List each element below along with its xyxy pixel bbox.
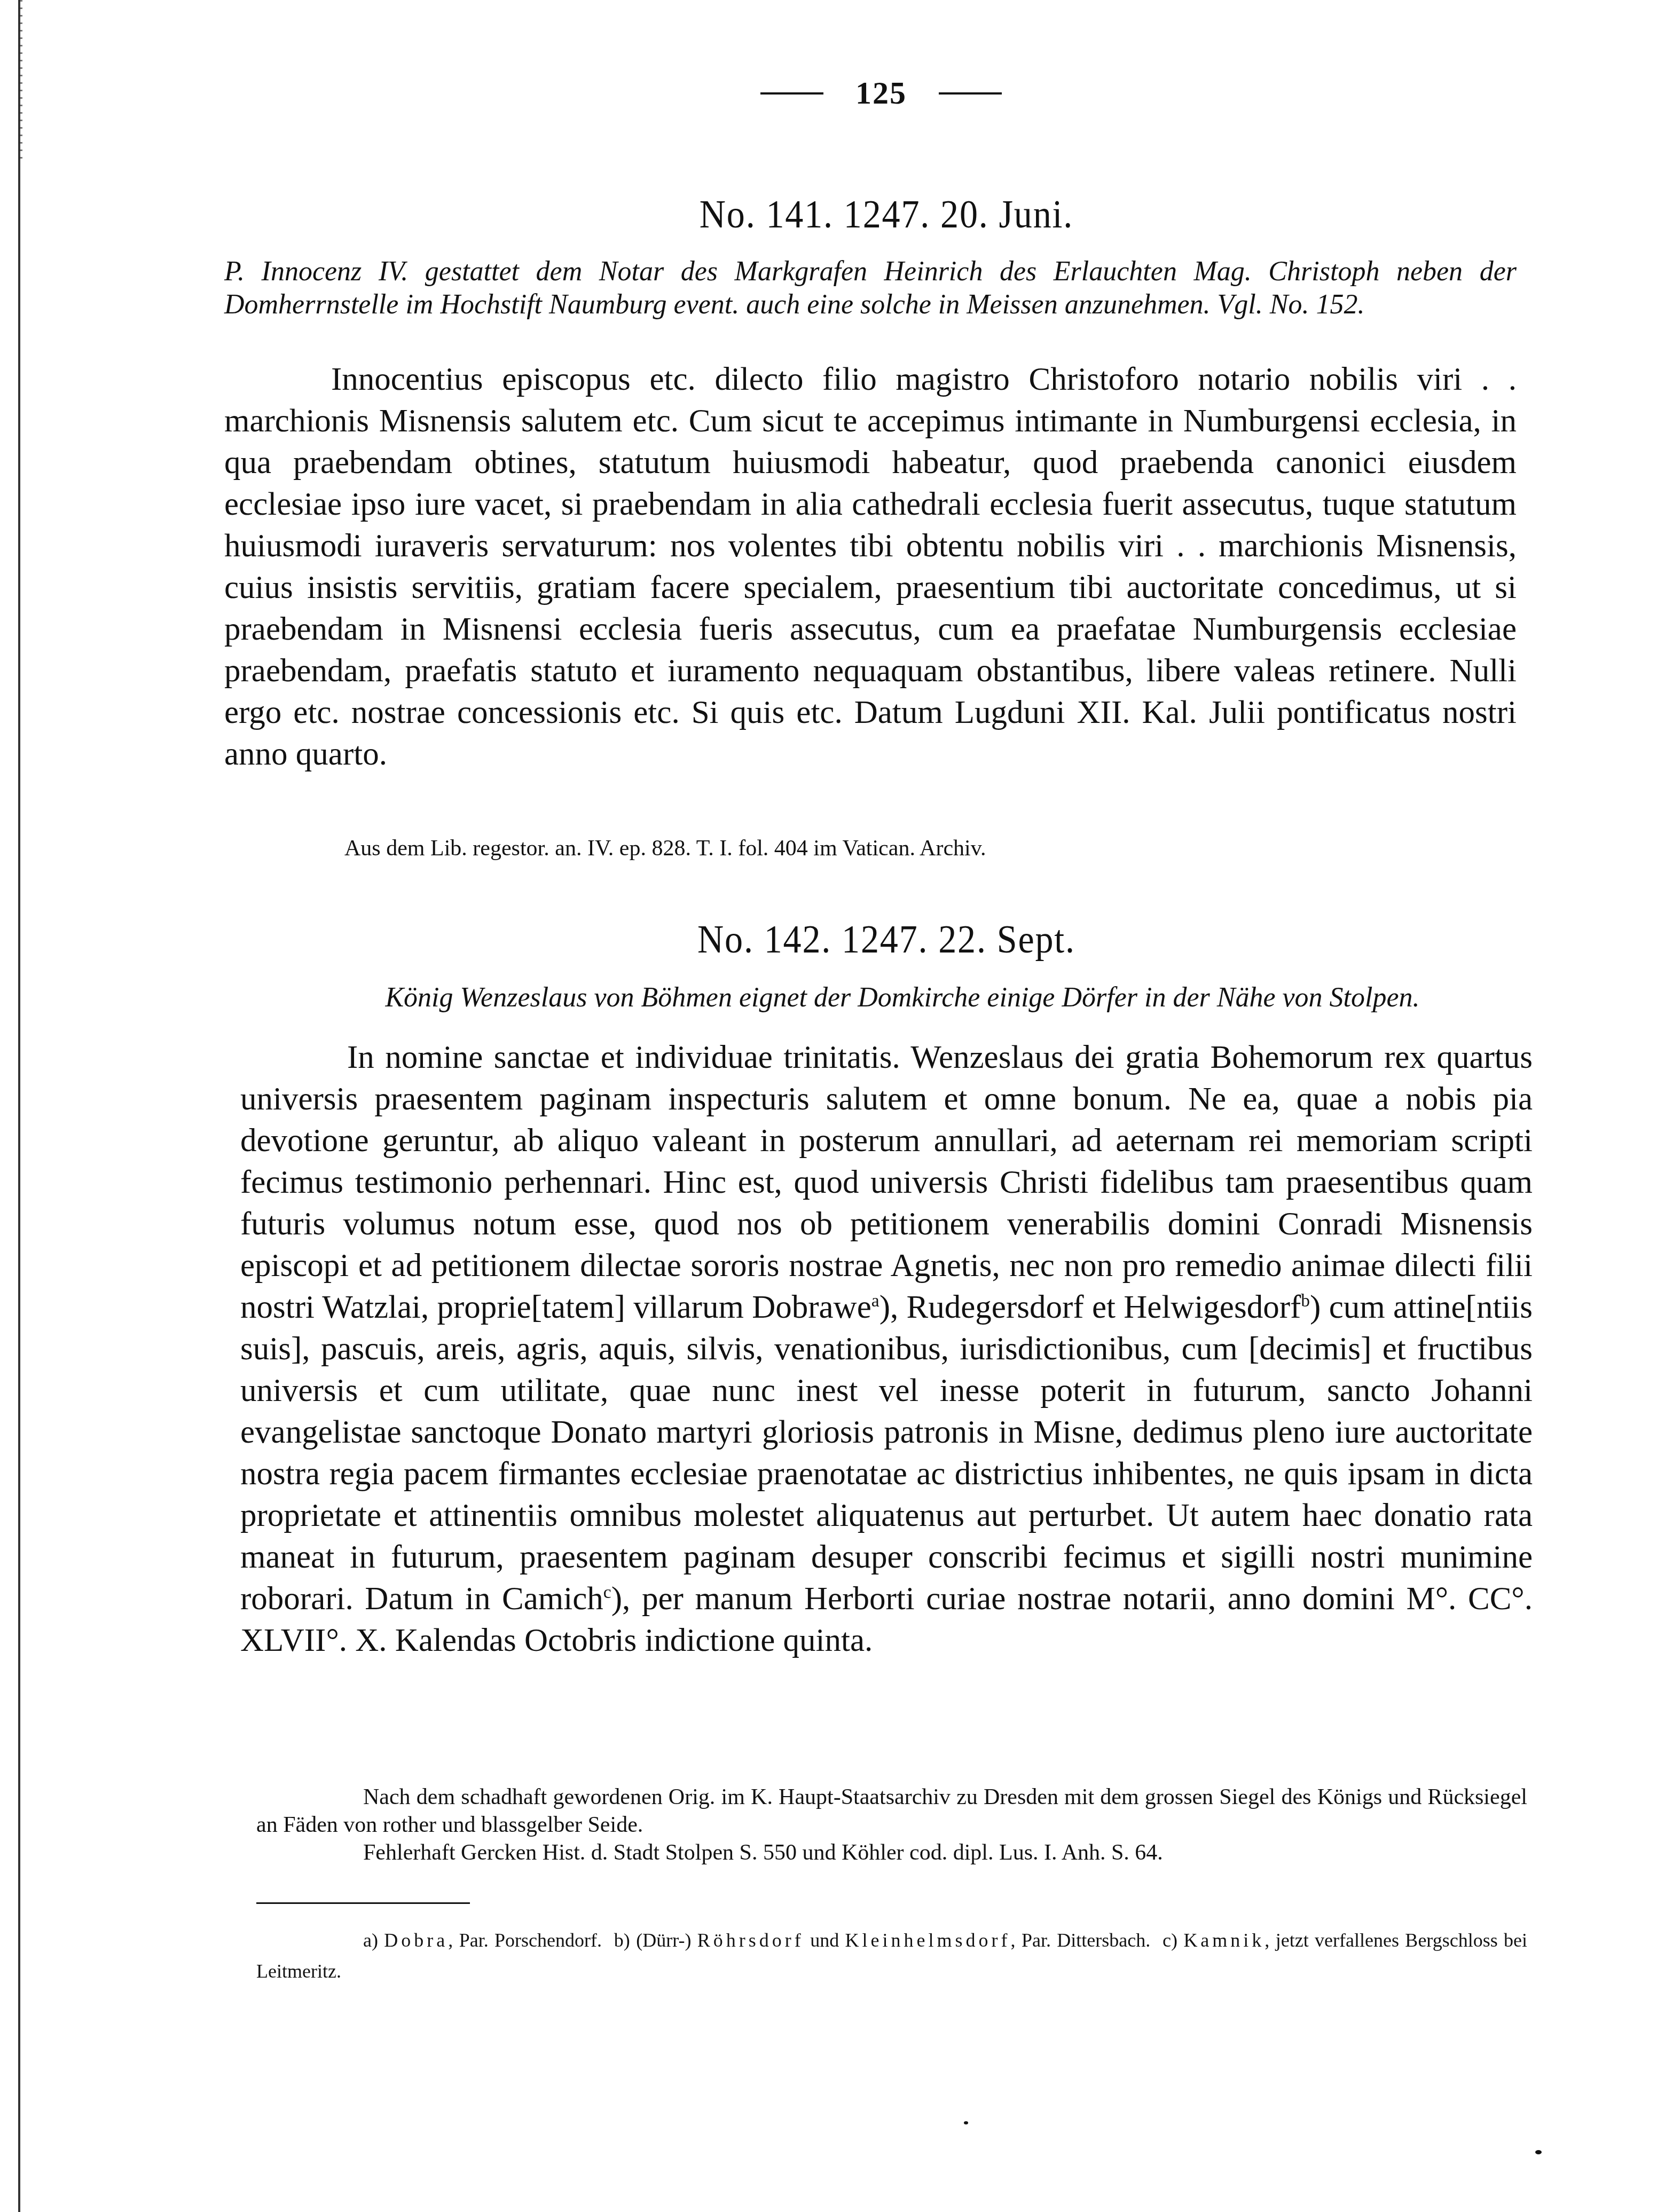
- entry-142-text: In nomine sanctae et individuae trinitat…: [240, 1037, 1533, 1662]
- scan-speck: [964, 2121, 968, 2124]
- entry-142-source-line-1: Nach dem schadhaft gewordenen Orig. im K…: [256, 1783, 1527, 1839]
- entry-142-source-line-2: Fehlerhaft Gercken Hist. d. Stadt Stolpe…: [256, 1839, 1527, 1867]
- entry-141-source: Aus dem Lib. regestor. an. IV. ep. 828. …: [344, 835, 1519, 862]
- entry-141-heading: No. 141. 1247. 20. Juni.: [277, 192, 1496, 238]
- entry-142-text-part-2: ), Rudegersdorf et Helwigesdorf: [879, 1289, 1301, 1325]
- footnote-separator: [256, 1902, 470, 1904]
- page-number: 125: [855, 75, 907, 112]
- scan-edge-noise: [19, 0, 22, 160]
- entry-141-regest: P. Innocenz IV. gestattet dem Notar des …: [224, 255, 1517, 321]
- entry-141-text-content: Innocentius episcopus etc. dilecto filio…: [224, 361, 1517, 772]
- scan-speck: [1535, 2150, 1542, 2154]
- entry-142-text-part-3: ) cum attine[ntiis suis], pascuis, areis…: [240, 1289, 1533, 1617]
- entry-142-text-part-1: In nomine sanctae et individuae trinitat…: [240, 1040, 1533, 1325]
- entry-141-text: Innocentius episcopus etc. dilecto filio…: [224, 359, 1517, 775]
- footnote-b: b) (Dürr-) Röhrsdorf und Kleinhelmsdorf,…: [614, 1930, 1150, 1951]
- scan-left-edge: [18, 0, 20, 2212]
- footnote-ref-a[interactable]: a: [871, 1291, 879, 1311]
- page-header: 125: [721, 75, 1041, 112]
- header-rule-left: [760, 92, 823, 95]
- footnote-a: a) Dobra, Par. Porschendorf.: [363, 1930, 602, 1951]
- footnote-ref-b[interactable]: b: [1301, 1291, 1310, 1311]
- header-rule-right: [939, 92, 1002, 95]
- entry-142-regest: König Wenzeslaus von Böhmen eignet der D…: [256, 981, 1549, 1014]
- entry-142-heading: No. 142. 1247. 22. Sept.: [277, 917, 1496, 963]
- entry-142-source: Nach dem schadhaft gewordenen Orig. im K…: [256, 1783, 1527, 1867]
- footnotes: a) Dobra, Par. Porschendorf. b) (Dürr-) …: [256, 1925, 1527, 1987]
- footnote-ref-c[interactable]: c: [603, 1583, 611, 1602]
